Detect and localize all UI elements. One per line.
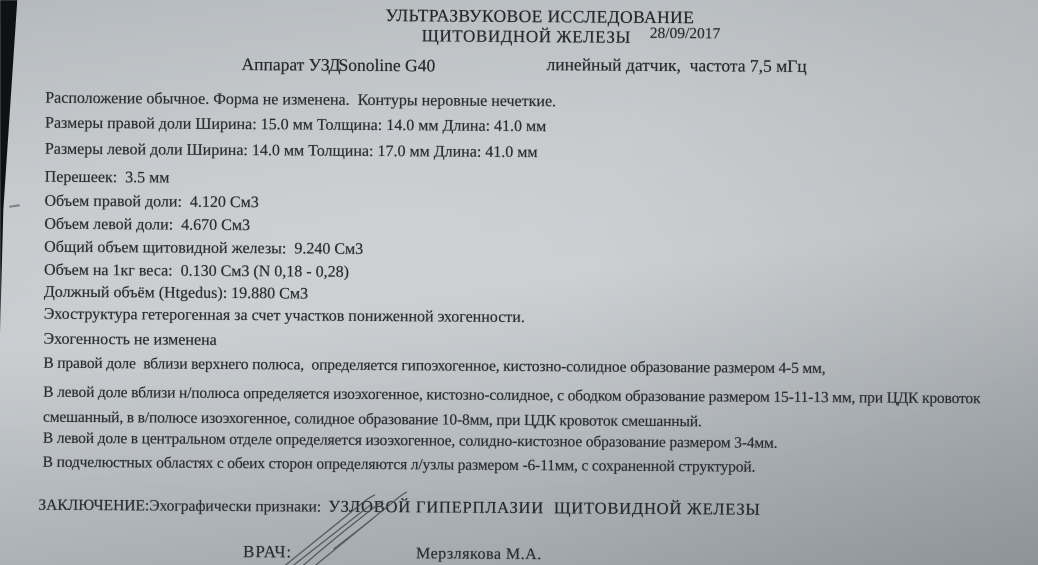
line-submandibular-nodes: В подчелюстных областях с обеих сторон о…: [43, 454, 756, 477]
line-location-shape: Расположение обычное. Форма не изменена.…: [45, 90, 556, 112]
line-left-lobe-finding: В левой доле вблизи н/полюса определяетс…: [43, 380, 1011, 437]
line-echogenicity: Эхогенность не изменена: [44, 331, 217, 350]
probe-info: линейный датчик, частота 7,5 мГц: [546, 54, 986, 78]
line-total-volume: Общий объем щитовидной железы: 9.240 См3: [44, 239, 363, 259]
line-isthmus: Перешеек: 3.5 мм: [45, 169, 170, 188]
line-expected-volume: Должный объём (Htgedus): 19.880 См3: [44, 284, 308, 304]
cutoff-header-text: ЛЕНИНА: [118, 0, 191, 3]
line-right-lobe-finding: В правой доле вблизи верхнего полюса, оп…: [43, 355, 825, 378]
line-right-lobe-volume: Объем правой доли: 4.120 См3: [44, 193, 258, 212]
line-volume-per-kg: Объем на 1кг веса: 0.130 См3 (N 0,18 - 0…: [44, 262, 349, 282]
doctor-signature: [278, 486, 439, 565]
report-page: ЛЕНИНА УЛЬТРАЗВУКОВОЕ ИССЛЕДОВАНИЕ ЩИТОВ…: [0, 0, 1038, 565]
device-model: Sonoline G40: [338, 55, 578, 78]
line-left-lobe-volume: Объем левой доли: 4.670 См3: [44, 216, 250, 235]
line-left-lobe-size: Размеры левой доли Ширина: 14.0 мм Толщи…: [45, 141, 538, 162]
line-echostructure: Эхоструктура гетерогенная за счет участк…: [44, 306, 525, 327]
report-date: 28/09/2017: [650, 25, 721, 43]
device-label: Аппарат УЗД: [241, 54, 340, 75]
document-photo: ЛЕНИНА УЛЬТРАЗВУКОВОЕ ИССЛЕДОВАНИЕ ЩИТОВ…: [0, 0, 1038, 565]
line-left-lobe-central-finding: В левой доле в центральном отделе опреде…: [43, 430, 778, 453]
report-title-line1: УЛЬТРАЗВУКОВОЕ ИССЛЕДОВАНИЕ: [385, 5, 694, 28]
report-title-line2: ЩИТОВИДНОЙ ЖЕЛЕЗЫ: [422, 26, 631, 47]
line-right-lobe-size: Размеры правой доли Ширина: 15.0 мм Толщ…: [45, 115, 546, 136]
device-info-row: Аппарат УЗД Sonoline G40 линейный датчик…: [241, 54, 340, 76]
